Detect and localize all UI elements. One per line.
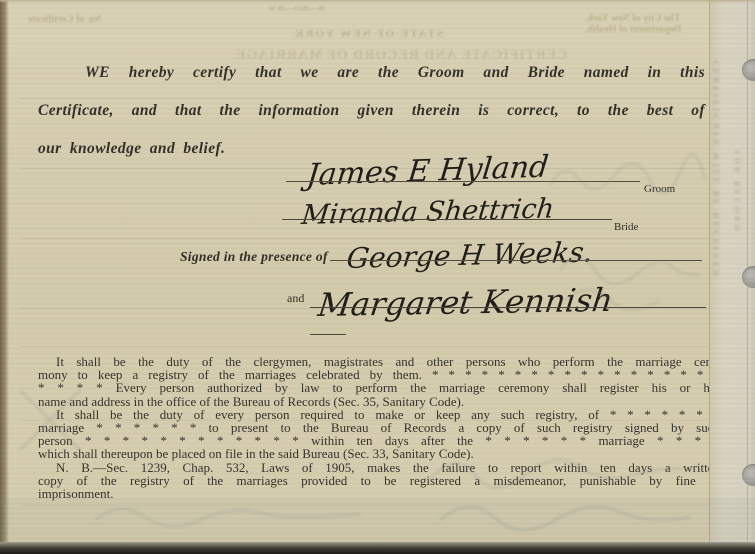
showthrough-state-line: STATE OF NEW YORK xyxy=(293,28,443,40)
legal-line: name and address in the office of the Bu… xyxy=(38,395,720,408)
and-label: and xyxy=(287,291,304,306)
showthrough-title-line: CERTIFICATE AND RECORD OF MARRIAGE xyxy=(235,48,567,64)
showthrough-certificate-no: No. of Certificate xyxy=(28,14,102,25)
witness1-signature-line xyxy=(330,260,702,261)
showthrough-form-number: 36—2653—28 W xyxy=(268,4,326,13)
witness-intro-label: Signed in the presence of xyxy=(180,249,328,265)
legal-line: N. B.—Sec. 1239, Chap. 532, Laws of 1905… xyxy=(38,461,720,474)
showthrough-vertical-text-2: FOR RECORD xyxy=(733,150,742,370)
short-line-fragment xyxy=(310,334,346,335)
bleed-through-smudge xyxy=(545,150,715,210)
marriage-certificate-scan: No. of Certificate 36—2653—28 W The City… xyxy=(0,0,755,554)
page-top-edge-shadow xyxy=(0,0,755,3)
witness1-signature: George H Weeks. xyxy=(345,235,594,275)
groom-signature-line xyxy=(286,181,640,182)
groom-signature: James E Hyland xyxy=(305,149,550,193)
bride-label: Bride xyxy=(614,221,638,233)
showthrough-rule xyxy=(20,238,720,239)
bottom-gray-tint xyxy=(0,498,755,544)
legal-line: * * * * Every person authorized by law t… xyxy=(38,381,720,394)
legal-notice: It shall be the duty of the clergymen, m… xyxy=(38,355,720,500)
witness2-signature-line xyxy=(310,307,706,308)
showthrough-rule xyxy=(20,98,720,99)
certification-line-1: WE hereby certify that we are the Groom … xyxy=(38,64,705,82)
bride-signature: Miranda Shettrich xyxy=(300,193,556,231)
groom-label: Groom xyxy=(644,183,675,195)
showthrough-city-line1: The City of New York, xyxy=(585,13,680,24)
legal-line: copy of the registry of the marriages pr… xyxy=(38,474,720,487)
showthrough-city-line2: Department of Health. xyxy=(585,24,681,35)
legal-line: It shall be the duty of every person req… xyxy=(38,408,720,421)
page-left-edge-shadow xyxy=(0,0,9,554)
showthrough-rule xyxy=(20,346,720,347)
bride-signature-line xyxy=(282,219,612,220)
showthrough-vertical-text-1: CERTIFICATE WILL BE RECEIVED xyxy=(712,60,721,390)
certification-line-2: Certificate, and that the information gi… xyxy=(38,102,705,120)
legal-line: which shall thereupon be placed on file … xyxy=(38,447,720,460)
witness2-signature: Margaret Kennish xyxy=(316,281,615,324)
page-bottom-edge-shadow xyxy=(0,542,755,554)
